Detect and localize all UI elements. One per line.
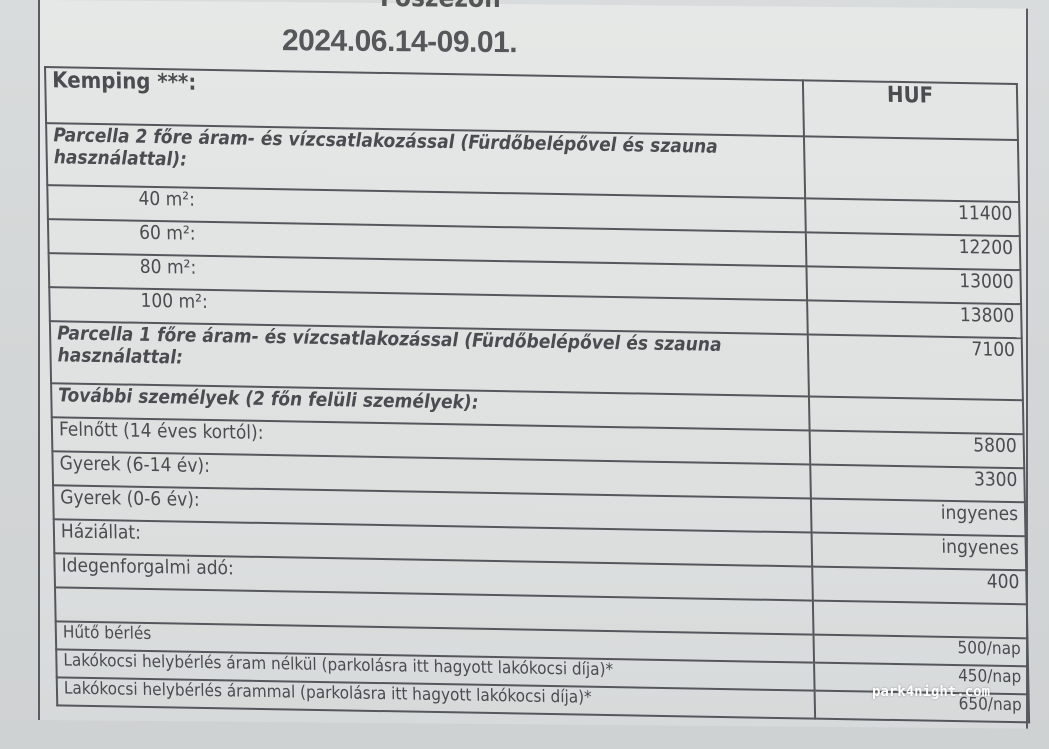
season-title: Főszezon <box>380 0 501 14</box>
row-value: 13000 <box>806 266 1021 304</box>
row-value: 7100 <box>808 334 1023 400</box>
row-value: 11400 <box>805 198 1020 236</box>
header-currency: HUF <box>803 80 1018 140</box>
watermark: park4night.com <box>872 684 990 700</box>
price-list-sheet: Főszezon 2024.06.14-09.01. Kemping ***: … <box>38 0 1028 729</box>
date-range: 2024.06.14-09.01. <box>282 24 517 60</box>
row-value <box>804 136 1019 202</box>
row-value: ingyenes <box>812 533 1027 571</box>
row-value: 3300 <box>810 465 1025 503</box>
row-value: 13800 <box>807 300 1022 338</box>
row-value: ingyenes <box>811 499 1026 537</box>
row-value: 400 <box>812 567 1027 605</box>
price-table: Kemping ***: HUF Parcella 2 főre áram- é… <box>44 66 1030 723</box>
row-value <box>809 396 1024 434</box>
row-value: 12200 <box>806 232 1021 270</box>
row-value: 500/nap <box>814 635 1028 667</box>
row-value <box>813 601 1028 639</box>
row-value: 5800 <box>810 430 1025 468</box>
